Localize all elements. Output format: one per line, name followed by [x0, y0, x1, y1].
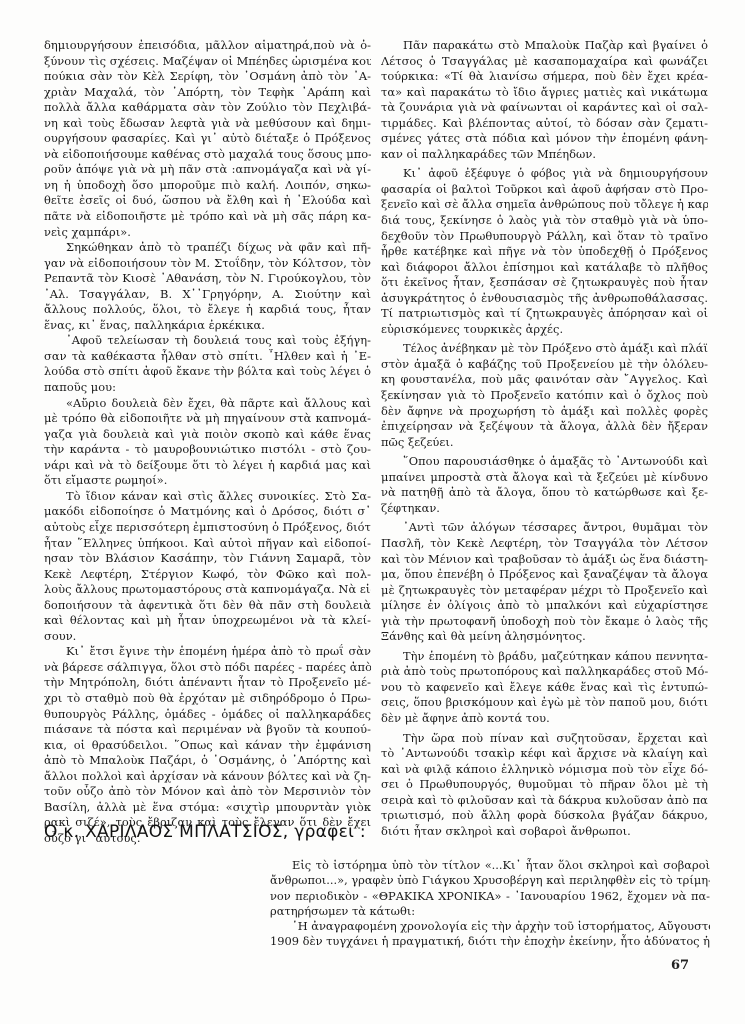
text-line: τὴν καράντα - τὸ μαυροβουνιώτικο πιστόλι… — [44, 442, 371, 458]
text-line: σαν τὰ καθέκαστα ἦλθαν στὸ σπίτι. ῏Ηλθεν… — [44, 349, 371, 365]
text-line: πούκια σὰν τὸν Κὲλ Σερίφη, τὸν ᾿Οσμάνη ἀ… — [44, 69, 371, 85]
text-line: Τὴν ὥρα ποὺ πίναν καὶ συζητοῦσαν, ἔρχετα… — [381, 731, 708, 747]
text-line: λούδα στὸ σπίτι ἀφοῦ ἔκανε τὴν βόλτα καὶ… — [44, 364, 371, 380]
text-line: νὰ βάρεσε σάλπιγγα, ὅλοι στὸ πόδι παρέες… — [44, 660, 371, 676]
text-line: κια, οἱ θρασύδειλοι. ῞Οπως καὶ κάναν τὴν… — [44, 738, 371, 754]
text-line: Τί πατριωτισμὸς καὶ τί ζητωκραυγὲς ἀπόρη… — [381, 306, 708, 322]
text-line: ἦταν ῞Ελληνες ὑπήκοοι. Καὶ αὐτοὶ πῆγαν κ… — [44, 536, 371, 552]
text-line: Τὸ ἴδιον κάναν καὶ στὶς ἄλλες συνοικίες.… — [44, 489, 371, 505]
text-line: «Αὔριο δουλειὰ δὲν ἔχει, θὰ πᾶρτε καὶ ἄλ… — [44, 396, 371, 412]
text-line: θυπουργὸς Ράλλης, ὁμάδες - ὁμάδες οἱ παλ… — [44, 707, 371, 723]
text-line: μὲ ζητωκραυγὲς τὸν μεταφέραν μέχρι τὸ Πρ… — [381, 583, 708, 599]
text-line: κη φουστανέλα, ποὺ μᾶς φαινόταν σὰν ῎Αγγ… — [381, 372, 708, 388]
text-line: 1909 δὲν τυγχάνει ἡ πραγματική, διότι τὴ… — [270, 934, 710, 949]
text-line: τούρκικα: «Τί θὰ λιανίσω σήμερα, ποὺ δὲν… — [381, 69, 708, 85]
text-line: ᾿Αντὶ τῶν ἀλόγων τέσσαρες ἄντροι, θυμᾶμα… — [381, 520, 708, 536]
text-line: Σηκώθηκαν ἀπὸ τὸ τραπέζι δίχως νὰ φᾶν κα… — [44, 240, 371, 256]
text-line: Ξάνθης καὶ θὰ μείνη ἀλησμόνητος. — [381, 629, 708, 645]
text-line: γαζα γιὰ δουλειὰ καὶ γιὰ ποιὸν σκοπὸ καὶ… — [44, 427, 371, 443]
text-line: ἐπιχείρησαν νὰ ξεζέψουν τὰ ἄλογα, ἀλλὰ δ… — [381, 419, 708, 435]
text-line: καὶ νὰ φιλᾷ κάποιο ἑλληνικὸ νόμισμα ποὺ … — [381, 762, 708, 778]
text-line: Βασίλη, ἀλλὰ μὲ ἕνα στόμα: «σιχτὶρ μπουρ… — [44, 800, 371, 816]
text-line: μακόδι εἰδοποίησε ὁ Ματμόνης καὶ ὁ Δρόσο… — [44, 504, 371, 520]
left-column: δημιουργήσουν ἐπεισόδια, μᾶλλον αἱματηρά… — [44, 38, 371, 846]
text-line: ῾Η ἀναγραφομένη χρονολογία εἰς τὴν ἀρχὴν… — [270, 919, 710, 934]
text-line: μὲ τρόπο θὰ εἰδοποιῆτε νὰ μὴ πηγαίνουν σ… — [44, 411, 371, 427]
text-line: τὸ ᾿Αντωνούδι τσακὶρ κέφι καὶ ἄρχισε νὰ … — [381, 746, 708, 762]
text-line: πᾶτε νὰ εἰδοποιῆστε μὲ τρόπο καὶ νὰ μὴ σ… — [44, 209, 371, 225]
text-line: πολλὰ ἄλλα καθάρματα σὰν τὸν Ζούλιο τὸν … — [44, 100, 371, 116]
text-line: δημιουργήσουν ἐπεισόδια, μᾶλλον αἱματηρά… — [44, 38, 371, 54]
text-line: τοῦν οὖζο ἀπὸ τὸν Μόνον καὶ ἀπὸ τὸν Μερσ… — [44, 784, 371, 800]
text-line: ῞Οπου παρουσιάσθηκε ὁ ἁμαξᾶς τὸ ᾿Αντωνού… — [381, 454, 708, 470]
text-line: μίλησε ἐν ὀλίγοις ἀπὸ τὸ μπαλκόνι καὶ εὐ… — [381, 598, 708, 614]
text-line: σειρὰ καὶ τὸ φιλοῦσαν καὶ τὰ δάκρυα κυλο… — [381, 793, 708, 809]
text-line: ᾿Αφοῦ τελείωσαν τὴ δουλειά τους καὶ τοὺς… — [44, 333, 371, 349]
letter-excerpt: Εἰς τὸ ἱστόρημα ὑπὸ τὸν τίτλον «...Κι᾿ ἦ… — [270, 858, 710, 950]
text-line: τὰ ζουνάρια γιὰ νὰ φαίνωνται οἱ καράντες… — [381, 100, 708, 116]
text-line: νον περιοδικὸν - «ΘΡΑΚΙΚΑ ΧΡΟΝΙΚΑ» - ᾿Ια… — [270, 889, 710, 904]
text-line: στὸν ἁμαξᾶ ὁ καβάζης τοῦ Προξενείου μὲ τ… — [381, 357, 708, 373]
text-line: ἄνθρωποι...», γραφὲν ὑπὸ Γιάγκου Χρυσοβέ… — [270, 873, 710, 888]
text-line: ἄλλους πολλούς, ὅλοι, τὸ ἔλεγε ἡ καρδιά … — [44, 302, 371, 318]
text-line: παποῦς μου: — [44, 380, 371, 396]
text-line: γαν νὰ εἰδοποιήσουν τὸν Μ. Στοΐδην, τὸν … — [44, 256, 371, 272]
text-line: τριωτισμό, ποὺ ἄλλη φορὰ δύσκολα βγάζαν … — [381, 808, 708, 824]
text-line: μπαίνει μπροστὰ στὰ ἄλογα καὶ τὰ ξεζεύει… — [381, 470, 708, 486]
text-line: χριὰν Μαχαλά, τὸν ᾿Απόρτη, τὸν Τεφὴκ ᾿Αρ… — [44, 85, 371, 101]
section-heading: Ο κ. ΧΑΡΙΛΑΟΣ ΜΠΛΑΤΣΙΟΣ, γραφει : — [44, 822, 366, 842]
text-line: Τέλος ἀνέβηκαν μὲ τὸν Πρόξενο στὸ ἁμάξι … — [381, 341, 708, 357]
text-line: ὅτι εἴμαστε ρωμηοί». — [44, 473, 371, 489]
text-line: ὅτι ἐκεῖνος ἦταν, ξεσπάσαν σὲ ζητωκραυγὲ… — [381, 275, 708, 291]
text-line: νου τὸ καφενεῖο καὶ ἔλεγε κάθε ἕνας καὶ … — [381, 680, 708, 696]
text-line: Κι᾿ ἀφοῦ ἐξέφυγε ὁ φόβος γιὰ νὰ δημιουργ… — [381, 166, 708, 182]
text-line: πιάσανε τὰ πόστα καὶ περιμέναν νὰ βγοῦν … — [44, 722, 371, 738]
text-line: δεχθοῦν τὸν Πρωθυπουργὸ Ράλλη, καὶ ὅταν … — [381, 229, 708, 245]
text-line: ἀπὸ τὸ Μπαλοὺκ Παζάρι, ὁ ᾿Οσμάνης, ὁ ᾿Απ… — [44, 753, 371, 769]
text-line: ρατηρήσωμεν τὰ κάτωθι: — [270, 904, 710, 919]
text-line: ξενεῖο καὶ σὲ ἄλλα σημεῖα ἀνθρώπους ποὺ … — [381, 197, 708, 213]
text-line: ριὰ ἀπὸ τοὺς πρωτοπόρους καὶ παλληκαράδε… — [381, 664, 708, 680]
text-line: Κι᾿ ἔτσι ἔγινε τὴν ἑπομένη ἡμέρα ἀπὸ τὸ … — [44, 644, 371, 660]
text-line: λοὺς ἄλλους πρωτομαστόρους στὰ καπνομάγα… — [44, 582, 371, 598]
text-line: τα» καὶ παρακάτω τὸ ἴδιο ἄγριες ματιὲς κ… — [381, 85, 708, 101]
text-line: ἄλλοι πολλοὶ καὶ ἀρχίσαν νὰ κάνουν βόλτε… — [44, 769, 371, 785]
text-line: εὑρισκόμενες τουρκικὲς ἀρχές. — [381, 322, 708, 338]
text-line: πῶς ξεζεύει. — [381, 435, 708, 451]
text-line: ησαν τὸν Βλάσιον Κασάπην, τὸν Γιάννη Σαμ… — [44, 551, 371, 567]
text-line: αὐτοὺς εἶχε περισσότερη ἐμπιστοσύνη ὁ Πρ… — [44, 520, 371, 536]
text-line: νάρι καὶ νὰ τὸ δείξουμε ὅτι τὸ λέγει ἡ κ… — [44, 458, 371, 474]
text-line: νεὶς χαμπάρι». — [44, 225, 371, 241]
text-line: Ρεπαντᾶ τὸν Κιοσὲ ᾿Αθανάση, τὸν Ν. Γιρού… — [44, 271, 371, 287]
text-line: ζέφτηκαν. — [381, 501, 708, 517]
text-line: Λέτσος ὁ Τσαγγάλας μὲ κασαπομαχαίρα καὶ … — [381, 54, 708, 70]
text-line: σουν. — [44, 629, 371, 645]
text-line: Κεκὲ Λεφτέρη, Στέργιον Κωφό, τὸν Φῶκο κα… — [44, 567, 371, 583]
text-line: δὲν μὲ ἄφηνε ἀπὸ κοντά του. — [381, 711, 708, 727]
text-line: τὴν Μητρόπολη, διότι ἀπέναντι ἦταν τὸ Πρ… — [44, 675, 371, 691]
text-line: νὰ εἰδοποιήσουμε καθένας στὸ μαχαλά τους… — [44, 147, 371, 163]
text-line: καὶ διάφοροι ἄλλοι ἐπίσημοι καὶ κατάλαβε… — [381, 260, 708, 276]
text-line: ᾿Αλ. Τσαγγάλαν, Β. Χ᾿᾿Γρηγόρην, Α. Σιούτ… — [44, 287, 371, 303]
text-line: τιρμάδες. Καὶ βλέποντας αὐτοί, τὸ δόσαν … — [381, 116, 708, 132]
text-line: σμένες γάτες στὰ πόδια καὶ μόνον τὴν ἑπο… — [381, 131, 708, 147]
text-line: Εἰς τὸ ἱστόρημα ὑπὸ τὸν τίτλον «...Κι᾿ ἦ… — [270, 858, 710, 873]
text-line: ουργήσουν φασαρίες. Καὶ γι᾿ αὐτὸ διέταξε… — [44, 131, 371, 147]
text-line: Τὴν ἑπομένη τὸ βράδυ, μαζεύτηκαν κάπου π… — [381, 649, 708, 665]
text-line: Πᾶν παρακάτω στὸ Μπαλοὺκ Παζὰρ καὶ βγαίν… — [381, 38, 708, 54]
right-column: Πᾶν παρακάτω στὸ Μπαλοὺκ Παζὰρ καὶ βγαίν… — [381, 38, 708, 839]
text-line: δὲν ἄφηνε νὰ προχωρήση τὸ ἁμάξι καὶ πολλ… — [381, 404, 708, 420]
text-line: ξύνουν τὶς σχέσεις. Μαζέψαν οἱ Μπέηδες ὡ… — [44, 54, 371, 70]
text-line: ἦρθε κατέβηκε καὶ πῆγε νὰ τὸν ὑποδεχθῇ ὁ… — [381, 244, 708, 260]
text-line: νὰ πατηθῇ ἀπὸ τὰ ἄλογα, ὅπου τὸ κατώρθωσ… — [381, 485, 708, 501]
magazine-page: δημιουργήσουν ἐπεισόδια, μᾶλλον αἱματηρά… — [0, 0, 745, 1024]
text-line: ἕνας, κι᾿ ἕνας, παλληκάρια ἐρκέκικα. — [44, 318, 371, 334]
page-number: 67 — [671, 958, 689, 973]
text-line: νη καὶ τοὺς ἔδωσαν λεφτὰ γιὰ νὰ μεθύσουν… — [44, 116, 371, 132]
text-line: Πασλῆ, τὸν Κεκὲ Λεφτέρη, τὸν Τσαγγάλα τὸ… — [381, 536, 708, 552]
text-line: διά τους, ξεκίνησε ὁ λαὸς γιὰ τὸν σταθμὸ… — [381, 213, 708, 229]
text-line: χρι τὸ σταθμὸ ποὺ θὰ ἐρχόταν μὲ σιδηρόδρ… — [44, 691, 371, 707]
text-line: ξεκίνησαν γιὰ τὸ Προξενεῖο κατόπιν καὶ ὁ… — [381, 388, 708, 404]
text-line: σει ὁ Πρωθυπουργός, θυμοῦμαι τὸ πῆραν ὅλ… — [381, 777, 708, 793]
text-line: δοποιήσουν τὰ ἀφεντικὰ ὅτι δὲν θὰ πᾶν στ… — [44, 598, 371, 614]
text-line: νη ἡ ὑποδοχὴ ὅσο μποροῦμε πιὸ καλή. Λοιπ… — [44, 178, 371, 194]
text-line: ροῦν ἀπόψε γιὰ νὰ μὴ πᾶν στὰ :απνομάγαζα… — [44, 162, 371, 178]
text-line: γιὰ τὴν πρωτοφανῆ ὑποδοχὴ ποὺ τὸν ἔκαμε … — [381, 614, 708, 630]
text-line: καὶ τὸν Μένιον καὶ τραβοῦσαν τὸ ἁμάξι ὡς… — [381, 552, 708, 568]
text-line: ἀσυγκράτητος ὁ ἐνθουσιασμὸς τῆς ἀνθρωποθ… — [381, 291, 708, 307]
text-line: καν οἱ παλληκαράδες τῶν Μπέηδων. — [381, 147, 708, 163]
text-line: σεις, ὅπου βρισκόμουν καὶ ἐγὼ μὲ τὸν παπ… — [381, 695, 708, 711]
text-line: μα, ὅπου ἐπενέβη ὁ Πρόξενος καὶ ξαναζέψα… — [381, 567, 708, 583]
text-line: καὶ θέλοντας καὶ μὴ ἦταν ὑποχρεωμένοι νὰ… — [44, 613, 371, 629]
text-line: θεῖτε ἐσεῖς οἱ δυό, ὥσπου νὰ ἔλθη καὶ ἡ … — [44, 193, 371, 209]
text-line: φασαρία οἱ βαλτοὶ Τοῦρκοι καὶ ἀφοῦ ἀφήσα… — [381, 182, 708, 198]
text-line: διότι ἦταν σκληροὶ καὶ σοβαροὶ ἄνθρωποι. — [381, 824, 708, 840]
